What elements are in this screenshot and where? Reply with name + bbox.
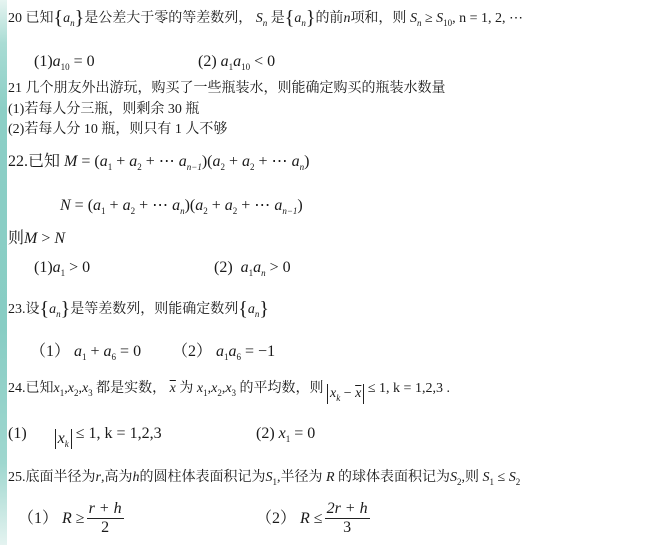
q24-option-2: (2) x1 = 0: [256, 425, 315, 443]
q24-number: 24.: [8, 381, 26, 396]
q25-text: ,高为: [101, 470, 133, 485]
option-label: (2): [198, 53, 217, 70]
option-label: （1）: [18, 510, 58, 528]
q24-text: 已知: [26, 381, 54, 396]
q20-text: 的前: [315, 11, 343, 26]
q24-stem: 24.已知x1,x2,x3 都是实数， x 为 x1,x2,x3 的平均数，则 …: [8, 380, 450, 404]
option-label: （2）: [172, 343, 212, 360]
option-expr: = −1: [245, 343, 275, 360]
q25-text: 底面半径为: [26, 470, 96, 485]
q20-text: 已知: [26, 11, 54, 26]
fraction-numerator: r + h: [87, 500, 124, 519]
option-label: (1): [34, 53, 53, 70]
q21-option-1: (1)若每人分三瓶，则剩余 30 瓶: [8, 101, 199, 119]
fraction-numerator: 2r + h: [325, 500, 370, 519]
option-expr: > 0: [270, 259, 291, 276]
option-expr: = 0: [120, 343, 141, 360]
q23-option-2: （2） a1a6 = −1: [172, 343, 275, 361]
q21-option-2: (2)若每人分 10 瓶，则只有 1 人不够: [8, 121, 227, 139]
fraction-denominator: 2: [101, 519, 109, 537]
q23-stem: 23.设{an}是等差数列，则能确定数列{an}: [8, 300, 269, 319]
q22-text: 已知: [28, 153, 60, 170]
q20-text: 是: [271, 11, 285, 26]
q25-text: 的圆柱体表面积记为: [139, 470, 265, 485]
fraction: 2r + h3: [325, 500, 370, 537]
q24-text: ≤ 1, k = 1,2,3 .: [368, 381, 450, 396]
fraction-denominator: 3: [343, 519, 351, 537]
option-expr: ≤ 1, k = 1,2,3: [76, 425, 162, 442]
q25-option-1: （1） R ≥ r + h2: [18, 500, 124, 537]
q24-text: 为: [179, 381, 193, 396]
q24-text: 都是实数，: [96, 381, 166, 396]
q23-number: 23.: [8, 302, 26, 317]
q23-text: 是等差数列，则能确定数列: [70, 302, 238, 317]
fraction: r + h2: [87, 500, 124, 537]
left-decorative-strip: [0, 0, 7, 545]
q22-option-1: (1)a1 > 0: [34, 259, 90, 277]
option-label: (2): [214, 259, 233, 276]
q22-text: 则: [8, 230, 24, 247]
q25-option-2: （2） R ≤ 2r + h3: [256, 500, 370, 537]
q23-option-1: （1） a1 + a6 = 0: [30, 343, 141, 361]
option-expr: = 0: [294, 425, 315, 442]
q25-text: ,则: [462, 470, 480, 485]
q20-text: 项和，则: [350, 11, 406, 26]
q20-option-1: (1)a10 = 0: [34, 53, 95, 71]
q22-number: 22.: [8, 153, 28, 170]
q20-stem: 20 已知{an}是公差大于零的等差数列， Sn 是{an}的前n项和，则 Sn…: [8, 9, 523, 28]
option-label: (1): [34, 259, 53, 276]
q20-option-2: (2) a1a10 < 0: [198, 53, 275, 71]
option-label: （2）: [256, 510, 296, 528]
q25-text: 的球体表面积记为: [338, 470, 450, 485]
option-label: (1): [8, 425, 27, 442]
q22-stem-n: N = (a1 + a2 + ⋯ an)(a2 + a2 + ⋯ an−1): [60, 197, 303, 215]
option-expr: < 0: [254, 53, 275, 70]
q24-option-1: (1) xk ≤ 1, k = 1,2,3: [8, 425, 162, 449]
option-label: (2): [256, 425, 275, 442]
option-expr: = 0: [74, 53, 95, 70]
option-label: （1）: [30, 343, 70, 360]
q22-conclusion: 则M > N: [8, 230, 65, 248]
q22-stem-m: 22.已知 M = (a1 + a2 + ⋯ an−1)(a2 + a2 + ⋯…: [8, 153, 309, 171]
q20-number: 20: [8, 11, 22, 26]
q25-number: 25.: [8, 470, 26, 485]
q25-stem: 25.底面半径为r,高为h的圆柱体表面积记为S1,半径为 R 的球体表面积记为S…: [8, 469, 520, 487]
q20-text: , n = 1, 2, ⋯: [452, 11, 523, 26]
q21-stem: 21 几个朋友外出游玩，购买了一些瓶装水，则能确定购买的瓶装水数量: [8, 80, 446, 98]
q25-text: ,半径为: [277, 470, 323, 485]
option-expr: > 0: [69, 259, 90, 276]
q24-text: 的平均数，则: [240, 381, 324, 396]
q20-text: 是公差大于零的等差数列，: [84, 11, 252, 26]
q22-option-2: (2) a1an > 0: [214, 259, 291, 277]
q23-text: 设: [26, 302, 40, 317]
